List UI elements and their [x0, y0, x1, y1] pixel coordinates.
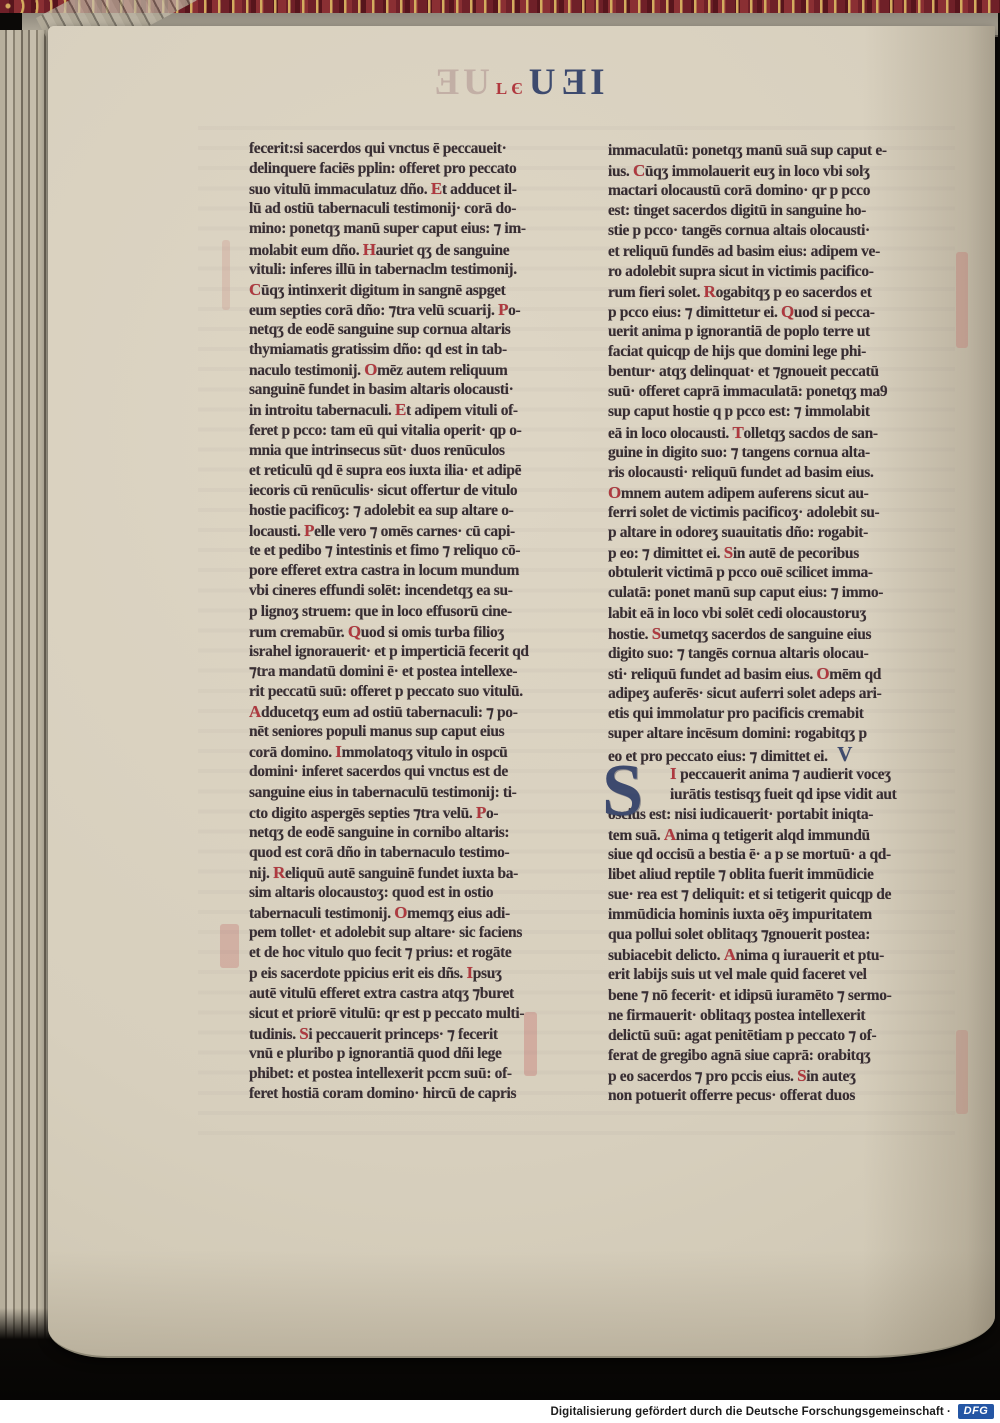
text-segment: hostie.: [608, 626, 652, 643]
text-segment: sue· rea est ⁊ deliquit: et si tetigerit…: [608, 886, 891, 903]
rubric-letter: Q: [348, 622, 361, 641]
rubric-letter: LЄ: [495, 79, 528, 98]
rubric-letter: P: [498, 300, 508, 319]
running-title-levi: ƎULЄUƎI: [48, 64, 995, 101]
text-segment: tudinis.: [249, 1026, 299, 1043]
text-line: eum septies corā dño: ⁊tra velū scuarij.…: [249, 300, 579, 320]
text-line: p altare in odoreʒ suauitatis dño: rogab…: [608, 523, 938, 543]
text-segment: p pcco eius: ⁊ dimittetur ei.: [608, 304, 781, 321]
text-line: ris olocausti· reliquū fundet ad basim e…: [608, 463, 938, 483]
text-line: sicut et priorē vitulū: qr est p peccato…: [249, 1004, 579, 1024]
text-segment: memqʒ eius adi-: [407, 905, 510, 922]
text-line: I peccauerit anima ⁊ audierit voceʒ: [670, 764, 938, 784]
text-line: cto digito aspergēs septies ⁊tra velū. P…: [249, 803, 579, 823]
text-line: molabit eum dño. Hauriet qʒ de sanguine: [249, 240, 579, 260]
text-line: qua pollui solet oblitaqʒ ⁊gnouerit post…: [608, 925, 938, 945]
text-segment: faciat quicqp de hijs que domini lege ph…: [608, 343, 866, 360]
text-segment: auriet qʒ de sanguine: [376, 242, 510, 259]
text-segment: feret hostiā coram domino· hircū de capr…: [249, 1085, 516, 1102]
text-line: immaculatū: ponetqʒ manū suā sup caput e…: [608, 141, 938, 161]
text-line: israhel ignorauerit· et p imperticiā fec…: [249, 642, 579, 662]
text-line: et reliquū fundēs ad basim eius: adipem …: [608, 242, 938, 262]
ghost-letters: ƎU: [433, 62, 494, 103]
text-segment: i peccauerit princeps· ⁊ fecerit: [308, 1026, 497, 1043]
text-line: guine in digito suo: ⁊ tangens cornua al…: [608, 443, 938, 463]
text-segment: ūqʒ intinxerit digitum in sangnē aspget: [261, 282, 506, 299]
text-line: ferat de gregibo agnā siue caprā: orabit…: [608, 1046, 938, 1066]
text-line: mino: ponetqʒ manū super caput eius: ⁊ i…: [249, 219, 579, 239]
text-segment: subiacebit delicto.: [608, 947, 724, 964]
text-line: mnia que intrinsecus sūt· duos renūculos: [249, 441, 579, 461]
text-line: stie p pcco· tangēs cornua altais olocau…: [608, 221, 938, 241]
text-segment: eliquū autē sanguinē fundet iuxta ba-: [285, 865, 518, 882]
text-segment: vbi cineres effundi solēt: incendetqʒ ea…: [249, 582, 513, 599]
text-segment: p eo: ⁊ dimittet ei.: [608, 545, 724, 562]
text-segment: ris olocausti· reliquū fundet ad basim e…: [608, 464, 874, 481]
text-line: feret p pcco: tam eū qui vitalia operit·…: [249, 421, 579, 441]
text-segment: iecoris cū renūculis· sicut offertur de …: [249, 482, 517, 499]
text-line: suū· offeret caprā immaculatā: ponetqʒ m…: [608, 382, 938, 402]
text-line: feret hostiā coram domino· hircū de capr…: [249, 1084, 579, 1104]
text-line: vnū e pluribo p ignorantiā quod dñi lege: [249, 1044, 579, 1064]
text-segment: netqʒ de eodē sanguine in cornibo altari…: [249, 824, 509, 841]
text-segment: naculo testimonij.: [249, 362, 364, 379]
text-line: siue qd occisū a bestia ē· a p se mortuū…: [608, 845, 938, 865]
text-segment: siue qd occisū a bestia ē· a p se mortuū…: [608, 846, 891, 863]
text-segment: mnem autem adipem auferens sicut au-: [621, 485, 869, 502]
rubric-letter: V: [831, 742, 852, 766]
text-segment: rit peccatū suū: offeret p peccato suo v…: [249, 683, 523, 700]
bleed-through-mark: [220, 924, 239, 968]
text-segment: sicut et priorē vitulū: qr est p peccato…: [249, 1005, 524, 1022]
text-line: immūdicia hominis iuxta oēʒ impuritatem: [608, 905, 938, 925]
rubric-letter: C: [249, 280, 261, 299]
text-line: sue· rea est ⁊ deliquit: et si tetigerit…: [608, 885, 938, 905]
text-line: digito suo: ⁊ tangēs cornua altaris oloc…: [608, 644, 938, 664]
text-line: te et pedibo ⁊ intestinis et fimo ⁊ reli…: [249, 541, 579, 561]
dfg-logo: DFG: [958, 1404, 994, 1419]
rubric-letter: ƎI: [560, 62, 609, 103]
text-line: hostie. Sumetqʒ sacerdos de sanguine eiu…: [608, 624, 938, 644]
text-segment: sanguinē fundet in basim altaris olocaus…: [249, 381, 513, 398]
text-column-right: immaculatū: ponetqʒ manū suā sup caput e…: [608, 141, 938, 1106]
chapter-drop-cap: S: [602, 761, 643, 821]
text-line: fecerit:si sacerdos qui vnctus ē peccaue…: [249, 139, 579, 159]
digitization-footer: Digitalisierung gefördert durch die Deut…: [0, 1400, 1000, 1423]
text-segment: uerit anima p ignorantiā de poplo terre …: [608, 323, 870, 340]
text-segment: non potuerit offerre pecus· offerat duos: [608, 1087, 855, 1104]
text-line: subiacebit delicto. Anima q iurauerit et…: [608, 945, 938, 965]
text-line: vbi cineres effundi solēt: incendetqʒ ea…: [249, 581, 579, 601]
rubric-letter: R: [273, 863, 285, 882]
text-segment: peccauerit anima ⁊ audierit voceʒ: [680, 766, 891, 783]
text-segment: ro adolebit supra sicut in victimis paci…: [608, 263, 874, 280]
text-line: lū ad ostiū tabernaculi testimonij· corā…: [249, 199, 579, 219]
rubric-letter: P: [476, 803, 486, 822]
text-segment: bene ⁊ nō fecerit· et idipsū iuramēto ⁊ …: [608, 987, 891, 1004]
text-segment: vituli: inferes illū in tabernaclm testi…: [249, 261, 517, 278]
text-segment: iurātis testisqʒ fueit qd ipse vidit aut: [670, 786, 897, 803]
text-segment: uod si pecca-: [794, 304, 875, 321]
text-line: delictū suū: agat penitētiam p peccato ⁊…: [608, 1026, 938, 1046]
text-segment: vnū e pluribo p ignorantiā quod dñi lege: [249, 1045, 502, 1062]
text-segment: ius.: [608, 163, 633, 180]
text-line: bentur· atqʒ delinquat· et ⁊gnoueit pecc…: [608, 362, 938, 382]
text-line: vituli: inferes illū in tabernaclm testi…: [249, 260, 579, 280]
rubric-letter: A: [249, 702, 261, 721]
text-segment: domini· inferet sacerdos qui vnctus est …: [249, 763, 508, 780]
text-line: obtulerit victimā p pcco ouē scilicet im…: [608, 563, 938, 583]
text-line: corā domino. Immolatoqʒ vitulo in ospcū: [249, 742, 579, 762]
text-line: ne firmauerit· oblitaqʒ postea intellexe…: [608, 1006, 938, 1026]
text-segment: uod si omis turba filioʒ: [361, 624, 504, 641]
rubric-letter: Q: [781, 302, 794, 321]
text-line: quod est corā dño in tabernaculo testimo…: [249, 843, 579, 863]
text-segment: quod est corā dño in tabernaculo testimo…: [249, 844, 509, 861]
rubric-letter: S: [652, 624, 661, 643]
text-segment: mēz autem reliquum: [377, 362, 507, 379]
bleed-through-mark: [222, 240, 230, 310]
text-line: pem tollet· et adolebit sup altare· sic …: [249, 923, 579, 943]
text-segment: rum fieri solet.: [608, 284, 704, 301]
text-segment: dducetqʒ eum ad ostiū tabernaculi: ⁊ po-: [261, 704, 518, 721]
text-segment: et de hoc vitulo quo fecit ⁊ prius: et r…: [249, 944, 511, 961]
text-line: eā in loco olocausti. Tolletqʒ sacdos de…: [608, 423, 938, 443]
text-line: p eis sacerdote ppicius erit eis dñs. Ip…: [249, 963, 579, 983]
parchment-page: ƎULЄUƎI fecerit:si sacerdos qui vnctus ē…: [48, 26, 995, 1358]
text-segment: sim altaris olocaustoʒ: quod est in osti…: [249, 884, 493, 901]
text-line: faciat quicqp de hijs que domini lege ph…: [608, 342, 938, 362]
text-segment: netqʒ de eodē sanguine sup cornua altari…: [249, 321, 510, 338]
rubric-letter: U: [528, 62, 561, 103]
text-line: hostie pacificoʒ: ⁊ adolebit ea sup alta…: [249, 501, 579, 521]
text-line: in introitu tabernaculi. Et adipem vitul…: [249, 400, 579, 420]
text-segment: delictū suū: agat penitētiam p peccato ⁊…: [608, 1027, 876, 1044]
text-line: labit eā in loco vbi solēt cedi olocaust…: [608, 604, 938, 624]
text-line: delinquere faciēs pplin: offeret pro pec…: [249, 159, 579, 179]
text-line: iecoris cū renūculis· sicut offertur de …: [249, 481, 579, 501]
text-segment: p eo sacerdos ⁊ pro pccis eius.: [608, 1068, 797, 1085]
rubric-letter: A: [724, 945, 736, 964]
text-line: p pcco eius: ⁊ dimittetur ei. Quod si pe…: [608, 302, 938, 322]
text-line: ferri solet de victimis pacificoʒ· adole…: [608, 503, 938, 523]
rubric-letter: I: [670, 764, 680, 783]
rubric-letter: S: [724, 543, 733, 562]
bleed-through-mark: [956, 1030, 968, 1114]
text-segment: locausti.: [249, 523, 304, 540]
text-segment: o-: [486, 805, 498, 822]
text-segment: mactari olocaustū corā domino· qr p pcco: [608, 182, 870, 199]
text-segment: in auteʒ: [806, 1068, 856, 1085]
text-segment: umetqʒ sacerdos de sanguine eius: [661, 626, 871, 643]
text-segment: etis qui immolatur pro pacificis cremabi…: [608, 705, 864, 722]
text-segment: immūdicia hominis iuxta oēʒ impuritatem: [608, 906, 872, 923]
text-segment: mnia que intrinsecus sūt· duos renūculos: [249, 442, 505, 459]
text-segment: in introitu tabernaculi.: [249, 402, 395, 419]
text-line: et de hoc vitulo quo fecit ⁊ prius: et r…: [249, 943, 579, 963]
text-line: nij. Reliquū autē sanguinē fundet iuxta …: [249, 863, 579, 883]
text-line: ius. Cūqʒ immolauerit euʒ in loco vbi so…: [608, 161, 938, 181]
text-segment: p altare in odoreʒ suauitatis dño: rogab…: [608, 524, 868, 541]
text-segment: est: tinget sacerdos digitū in sanguine …: [608, 202, 866, 219]
text-line: sanguinē fundet in basim altaris olocaus…: [249, 380, 579, 400]
text-segment: oscius est: nisi iudicauerit· portabit i…: [608, 806, 873, 823]
text-segment: adipeʒ auferēs· sicut auferri solet adep…: [608, 685, 881, 702]
text-line: Adducetqʒ eum ad ostiū tabernaculi: ⁊ po…: [249, 702, 579, 722]
text-segment: suū· offeret caprā immaculatā: ponetqʒ m…: [608, 383, 887, 400]
rubric-letter: O: [394, 903, 407, 922]
text-line: tabernaculi testimonij. Omemqʒ eius adi-: [249, 903, 579, 923]
text-line: uerit anima p ignorantiā de poplo terre …: [608, 322, 938, 342]
bleed-through-mark: [956, 252, 968, 348]
text-segment: cto digito aspergēs septies ⁊tra velū.: [249, 805, 476, 822]
text-segment: nima q iurauerit et ptu-: [736, 947, 884, 964]
rubric-letter: S: [797, 1066, 806, 1085]
text-line: culatā: ponet manū sup caput eius: ⁊ imm…: [608, 583, 938, 603]
text-segment: tabernaculi testimonij.: [249, 905, 394, 922]
text-line: sup caput hostie q p pcco est: ⁊ immolab…: [608, 402, 938, 422]
text-line: oscius est: nisi iudicauerit· portabit i…: [608, 805, 938, 825]
text-segment: pore efferet extra castra in locum mundu…: [249, 562, 519, 579]
text-segment: bentur· atqʒ delinquat· et ⁊gnoueit pecc…: [608, 363, 879, 380]
text-segment: pem tollet· et adolebit sup altare· sic …: [249, 924, 522, 941]
text-line: tem suā. Anima q tetigerit alqd immundū: [608, 825, 938, 845]
text-segment: eā in loco olocausti.: [608, 425, 732, 442]
text-line: phibet: et postea intellexerit pccm suū:…: [249, 1064, 579, 1084]
text-line: sti· reliquū fundet ad basim eius. Omēm …: [608, 664, 938, 684]
text-line: super altare incēsum domini: rogabitqʒ p: [608, 724, 938, 744]
text-segment: sup caput hostie q p pcco est: ⁊ immolab…: [608, 403, 870, 420]
text-segment: lū ad ostiū tabernaculi testimonij· corā…: [249, 200, 516, 217]
text-line: p eo sacerdos ⁊ pro pccis eius. Sin aute…: [608, 1066, 938, 1086]
text-line: iurātis testisqʒ fueit qd ipse vidit aut: [670, 785, 938, 805]
text-line: et reticulū qd ē supra eos iuxta ilia· e…: [249, 461, 579, 481]
text-segment: autē vitulū efferet extra castra atqʒ ⁊b…: [249, 985, 514, 1002]
text-segment: molabit eum dño.: [249, 242, 363, 259]
text-segment: israhel ignorauerit· et p imperticiā fec…: [249, 643, 529, 660]
text-segment: sanguine eius in tabernaculū testimonij:…: [249, 784, 517, 801]
rubric-letter: P: [304, 521, 314, 540]
rubric-letter: H: [363, 240, 376, 259]
text-line: thymiamatis gratissim dño: qd est in tab…: [249, 340, 579, 360]
text-segment: feret p pcco: tam eū qui vitalia operit·…: [249, 422, 522, 439]
text-line: adipeʒ auferēs· sicut auferri solet adep…: [608, 684, 938, 704]
text-segment: culatā: ponet manū sup caput eius: ⁊ imm…: [608, 584, 883, 601]
text-segment: mino: ponetqʒ manū super caput eius: ⁊ i…: [249, 220, 526, 237]
text-line: locausti. Pelle vero ⁊ omēs carnes· cū c…: [249, 521, 579, 541]
text-line: p eo: ⁊ dimittet ei. Sin autē de pecorib…: [608, 543, 938, 563]
text-line: netqʒ de eodē sanguine in cornibo altari…: [249, 823, 579, 843]
text-segment: o-: [508, 302, 520, 319]
text-segment: phibet: et postea intellexerit pccm suū:…: [249, 1065, 512, 1082]
text-segment: p eis sacerdote ppicius erit eis dñs.: [249, 965, 466, 982]
rubric-letter: O: [364, 360, 377, 379]
text-segment: digito suo: ⁊ tangēs cornua altaris oloc…: [608, 645, 868, 662]
text-segment: hostie pacificoʒ: ⁊ adolebit ea sup alta…: [249, 502, 513, 519]
text-segment: p lignoʒ struem: que in loco effusorū ci…: [249, 603, 512, 620]
text-line: Omnem autem adipem auferens sicut au-: [608, 483, 938, 503]
text-line: non potuerit offerre pecus· offerat duos: [608, 1086, 938, 1106]
text-segment: corā domino.: [249, 744, 335, 761]
text-line: sanguine eius in tabernaculū testimonij:…: [249, 783, 579, 803]
text-line: netqʒ de eodē sanguine sup cornua altari…: [249, 320, 579, 340]
text-segment: erit labijs suis ut vel male quid facere…: [608, 966, 867, 983]
text-line: Cūqʒ intinxerit digitum in sangnē aspget: [249, 280, 579, 300]
text-segment: mmolatoqʒ vitulo in ospcū: [342, 744, 508, 761]
text-segment: suo vitulū immaculatuz dño.: [249, 181, 431, 198]
rubric-letter: E: [431, 179, 442, 198]
text-segment: stie p pcco· tangēs cornua altais olocau…: [608, 222, 870, 239]
rubric-letter: O: [816, 664, 829, 683]
text-line: sim altaris olocaustoʒ: quod est in osti…: [249, 883, 579, 903]
text-segment: ferri solet de victimis pacificoʒ· adole…: [608, 504, 879, 521]
text-segment: libet aliud reptile ⁊ oblita fuerit immū…: [608, 866, 873, 883]
text-line: est: tinget sacerdos digitū in sanguine …: [608, 201, 938, 221]
text-segment: ⁊tra mandatū domini ē· et postea intelle…: [249, 663, 517, 680]
rubric-letter: E: [395, 400, 406, 419]
text-line: naculo testimonij. Omēz autem reliquum: [249, 360, 579, 380]
text-line: eo et pro peccato eius: ⁊ dimittet ei. V: [608, 744, 938, 764]
text-segment: sti· reliquū fundet ad basim eius.: [608, 666, 816, 683]
text-line: rum cremabūr. Quod si omis turba filioʒ: [249, 622, 579, 642]
text-segment: t adducet il-: [442, 181, 517, 198]
text-segment: guine in digito suo: ⁊ tangens cornua al…: [608, 444, 870, 461]
text-segment: delinquere faciēs pplin: offeret pro pec…: [249, 160, 516, 177]
text-line: domini· inferet sacerdos qui vnctus est …: [249, 762, 579, 782]
text-line: rum fieri solet. Rogabitqʒ p eo sacerdos…: [608, 282, 938, 302]
text-segment: nēt seniores populi manus sup caput eius: [249, 723, 504, 740]
rubric-letter: R: [704, 282, 716, 301]
text-segment: rum cremabūr.: [249, 624, 348, 641]
text-segment: eum septies corā dño: ⁊tra velū scuarij.: [249, 302, 498, 319]
text-line: suo vitulū immaculatuz dño. Et adducet i…: [249, 179, 579, 199]
text-line: tudinis. Si peccauerit princeps· ⁊ fecer…: [249, 1024, 579, 1044]
text-segment: ferat de gregibo agnā siue caprā: orabit…: [608, 1047, 870, 1064]
text-line: libet aliud reptile ⁊ oblita fuerit immū…: [608, 865, 938, 885]
digitization-credit: Digitalisierung gefördert durch die Deut…: [550, 1406, 951, 1418]
text-line: etis qui immolatur pro pacificis cremabi…: [608, 704, 938, 724]
rubric-letter: A: [664, 825, 676, 844]
text-segment: psuʒ: [473, 965, 502, 982]
text-line: pore efferet extra castra in locum mundu…: [249, 561, 579, 581]
text-line: nēt seniores populi manus sup caput eius: [249, 722, 579, 742]
text-segment: nima q tetigerit alqd immundū: [676, 827, 870, 844]
text-segment: nij.: [249, 865, 273, 882]
digitized-manuscript-page: ƎULЄUƎI fecerit:si sacerdos qui vnctus ē…: [0, 0, 1000, 1423]
text-segment: fecerit:si sacerdos qui vnctus ē peccaue…: [249, 140, 506, 157]
text-line: rit peccatū suū: offeret p peccato suo v…: [249, 682, 579, 702]
rubric-letter: C: [633, 161, 645, 180]
text-segment: immaculatū: ponetqʒ manū suā sup caput e…: [608, 142, 887, 159]
text-segment: thymiamatis gratissim dño: qd est in tab…: [249, 341, 507, 358]
text-segment: in autē de pecoribus: [733, 545, 859, 562]
text-segment: te et pedibo ⁊ intestinis et fimo ⁊ reli…: [249, 542, 520, 559]
text-segment: ogabitqʒ p eo sacerdos et: [716, 284, 872, 301]
text-line: p lignoʒ struem: que in loco effusorū ci…: [249, 602, 579, 622]
text-line: mactari olocaustū corā domino· qr p pcco: [608, 181, 938, 201]
text-segment: obtulerit victimā p pcco ouē scilicet im…: [608, 564, 873, 581]
text-segment: olletqʒ sacdos de san-: [743, 425, 877, 442]
text-segment: qua pollui solet oblitaqʒ ⁊gnouerit post…: [608, 926, 870, 943]
text-line: ro adolebit supra sicut in victimis paci…: [608, 262, 938, 282]
text-segment: super altare incēsum domini: rogabitqʒ p: [608, 725, 867, 742]
text-line: bene ⁊ nō fecerit· et idipsū iuramēto ⁊ …: [608, 986, 938, 1006]
text-column-left: fecerit:si sacerdos qui vnctus ē peccaue…: [249, 139, 579, 1104]
text-segment: et reticulū qd ē supra eos iuxta ilia· e…: [249, 462, 521, 479]
text-segment: mēm qd: [829, 666, 881, 683]
text-segment: t adipem vituli of-: [406, 402, 518, 419]
text-line: erit labijs suis ut vel male quid facere…: [608, 965, 938, 985]
rubric-letter: T: [732, 423, 743, 442]
text-segment: et reliquū fundēs ad basim eius: adipem …: [608, 243, 880, 260]
text-line: ⁊tra mandatū domini ē· et postea intelle…: [249, 662, 579, 682]
text-segment: ne firmauerit· oblitaqʒ postea intellexe…: [608, 1007, 865, 1024]
rubric-letter: O: [608, 483, 621, 502]
text-segment: labit eā in loco vbi solēt cedi olocaust…: [608, 605, 866, 622]
text-line: autē vitulū efferet extra castra atqʒ ⁊b…: [249, 984, 579, 1004]
text-segment: elle vero ⁊ omēs carnes· cū capi-: [314, 523, 515, 540]
text-segment: ūqʒ immolauerit euʒ in loco vbi solʒ: [645, 163, 870, 180]
